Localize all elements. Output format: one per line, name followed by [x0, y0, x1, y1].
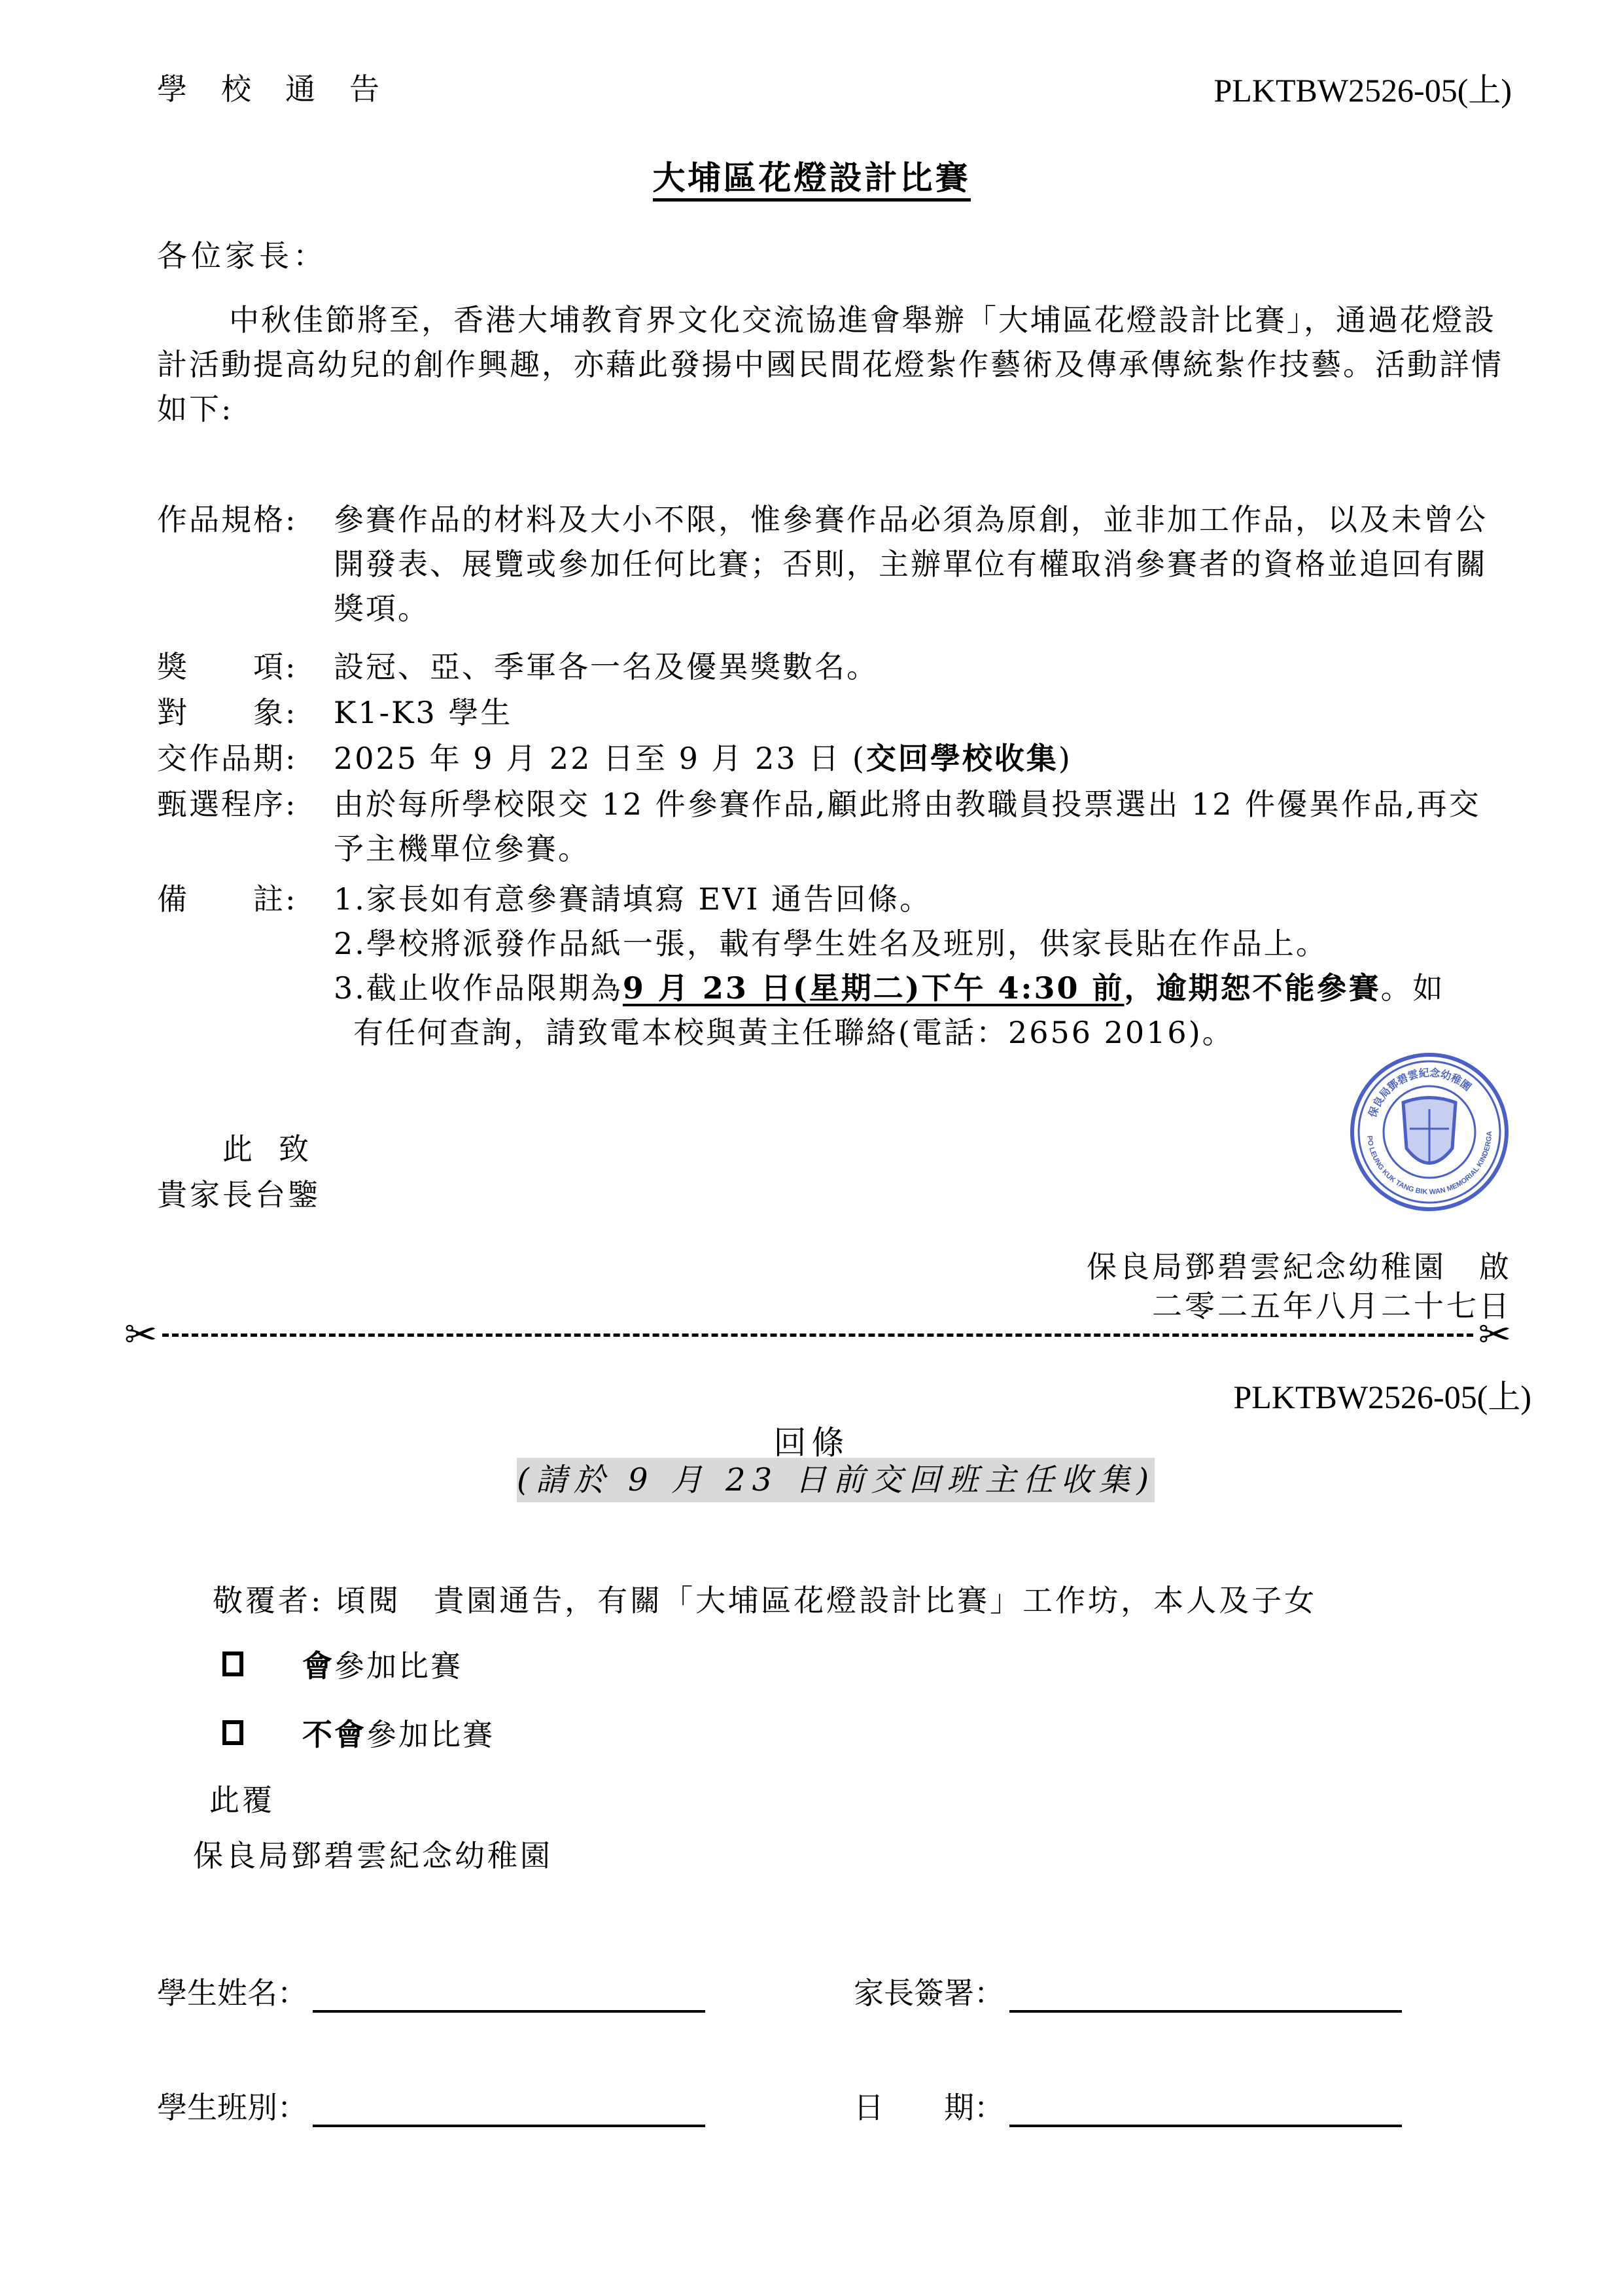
detail-value: 由於每所學校限交 12 件參賽作品,顧此將由教職員投票選出 12 件優異作品,再… — [334, 782, 1505, 871]
date-field[interactable]: 日 期： — [854, 2084, 1402, 2127]
detail-awards: 獎 項: 設冠、亞、季軍各一名及優異獎數名。 — [157, 645, 1505, 689]
late-warning: ，逾期恕不能參賽 — [1125, 970, 1381, 1006]
title-text: 大埔區花燈設計比賽 — [653, 158, 971, 202]
parent-signature-input[interactable] — [1009, 1980, 1402, 2013]
checkbox[interactable] — [222, 1720, 243, 1745]
reply-note: (請於 9 月 23 日前交回班主任收集) — [517, 1458, 1155, 1502]
intro-paragraph: 中秋佳節將至，香港大埔教育界文化交流協進會舉辦「大埔區花燈設計比賽」，通過花燈設… — [157, 298, 1505, 431]
detail-remarks: 備 註: 1.家長如有意參賽請填寫 EVI 通告回條。 2.學校將派發作品紙一張… — [157, 877, 1505, 1055]
detail-label: 甄選程序: — [157, 782, 334, 871]
option-not-participate[interactable]: 不會 參加比賽 — [222, 1711, 495, 1754]
detail-label: 獎 項: — [157, 645, 334, 689]
reply-school: 保良局鄧碧雲紀念幼稚園 — [193, 1832, 553, 1875]
detail-label: 作品規格: — [157, 497, 334, 631]
option-label-bold: 會 — [302, 1642, 334, 1686]
reference-number: PLKTBW2526-05(上) — [1214, 64, 1512, 111]
reply-acknowledgement: 敬覆者: 頃閱 貴園通告，有關「大埔區花燈設計比賽」工作坊，本人及子女 — [213, 1577, 1317, 1620]
remark-item-1: 1.家長如有意參賽請填寫 EVI 通告回條。 — [334, 877, 1505, 921]
detail-value: 設冠、亞、季軍各一名及優異獎數名。 — [334, 645, 1505, 689]
scissors-icon: ✂ — [1478, 1315, 1511, 1354]
detail-value: K1-K3 學生 — [334, 690, 1505, 735]
reply-reference-number: PLKTBW2526-05(上) — [1234, 1371, 1532, 1418]
option-label-bold: 不會 — [302, 1711, 366, 1754]
reply-title: 回條 — [0, 1417, 1623, 1464]
detail-spec: 作品規格: 參賽作品的材料及大小不限，惟參賽作品必須為原創，並非加工作品，以及未… — [157, 497, 1505, 631]
checkbox[interactable] — [222, 1651, 243, 1676]
page-title: 大埔區花燈設計比賽 — [0, 152, 1623, 199]
student-name-input[interactable] — [313, 1980, 705, 2013]
detail-value: 參賽作品的材料及大小不限，惟參賽作品必須為原創，並非加工作品，以及未曾公開發表、… — [334, 497, 1505, 631]
closing-line-1: 此致 — [222, 1125, 335, 1169]
notice-type: 學校通告 — [157, 65, 413, 109]
detail-submission: 交作品期: 2025 年 9 月 22 日至 9 月 23 日 (交回學校收集) — [157, 736, 1505, 781]
reply-close: 此覆 — [209, 1776, 275, 1820]
cut-line: ✂ ✂ — [124, 1315, 1511, 1354]
field-label: 學生班別： — [157, 2084, 307, 2127]
salutation: 各位家長： — [157, 232, 327, 275]
detail-label: 交作品期: — [157, 736, 334, 781]
field-label: 學生姓名： — [157, 1969, 307, 2013]
school-stamp: 保良局鄧碧雲紀念幼稚園 PO LEUNG KUK TANG BIK WAN ME… — [1348, 1050, 1511, 1214]
scissors-icon: ✂ — [124, 1315, 157, 1354]
student-class-field[interactable]: 學生班別： — [157, 2084, 705, 2127]
parent-signature-field[interactable]: 家長簽署： — [854, 1969, 1402, 2013]
closing-line-2: 貴家長台鑒 — [157, 1171, 321, 1214]
stamp-icon: 保良局鄧碧雲紀念幼稚園 PO LEUNG KUK TANG BIK WAN ME… — [1348, 1050, 1511, 1214]
option-label: 參加比賽 — [334, 1642, 462, 1686]
remark-item-3-cont: 有任何查詢，請致電本校與黃主任聯絡(電話：2656 2016)。 — [334, 1010, 1505, 1055]
detail-selection: 甄選程序: 由於每所學校限交 12 件參賽作品,顧此將由教職員投票選出 12 件… — [157, 782, 1505, 871]
detail-label: 備 註: — [157, 877, 334, 1055]
deadline: 9 月 23 日(星期二)下午 4:30 前 — [623, 970, 1125, 1006]
option-participate[interactable]: 會 參加比賽 — [222, 1642, 462, 1686]
remark-item-3: 3.截止收作品限期為9 月 23 日(星期二)下午 4:30 前，逾期恕不能參賽… — [334, 966, 1505, 1010]
detail-label: 對 象: — [157, 690, 334, 735]
submission-dates: 2025 年 9 月 22 日至 9 月 23 日 ( — [334, 741, 866, 776]
signature-school: 保良局鄧碧雲紀念幼稚園 啟 — [1087, 1243, 1512, 1286]
option-label: 參加比賽 — [366, 1711, 495, 1754]
submission-location: 交回學校收集 — [866, 741, 1058, 776]
field-label: 家長簽署： — [854, 1969, 1004, 2013]
student-class-input[interactable] — [313, 2094, 705, 2127]
detail-value: 2025 年 9 月 22 日至 9 月 23 日 (交回學校收集) — [334, 736, 1505, 781]
date-input[interactable] — [1009, 2094, 1402, 2127]
field-label: 日 期： — [854, 2084, 1004, 2127]
student-name-field[interactable]: 學生姓名： — [157, 1969, 705, 2013]
dashed-line — [162, 1333, 1473, 1337]
remark-item-2: 2.學校將派發作品紙一張，載有學生姓名及班別，供家長貼在作品上。 — [334, 921, 1505, 966]
submission-paren: ) — [1058, 741, 1072, 776]
detail-target: 對 象: K1-K3 學生 — [157, 690, 1505, 735]
